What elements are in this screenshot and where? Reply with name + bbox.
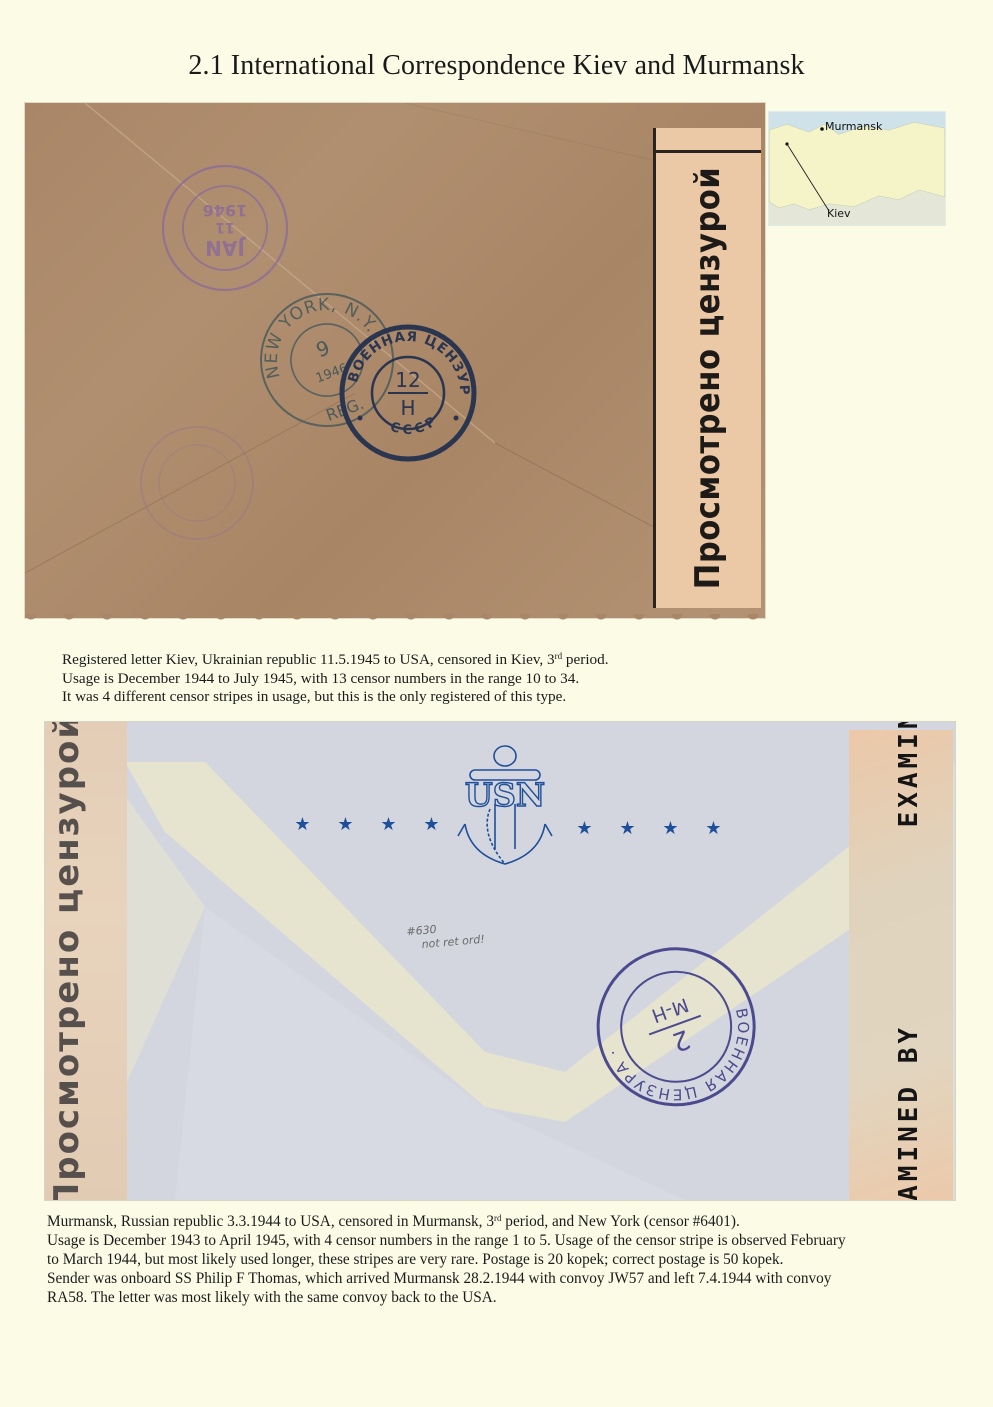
route-map: Murmansk Kiev [768,111,946,226]
map-label-kiev: Kiev [827,207,851,220]
caption-cover-kiev: Registered letter Kiev, Ukrainian republ… [62,651,702,707]
svg-text:USN: USN [465,776,545,814]
map-label-murmansk: Murmansk [825,120,882,133]
svg-text:12: 12 [395,368,420,392]
star-icon: ★ [324,814,367,835]
star-icon: ★ [281,814,324,835]
star-icon: ★ [649,818,692,839]
russian-censor-stripe: Просмотрено цензурой [653,128,761,608]
star-icon: ★ [692,818,735,839]
svg-text:11: 11 [215,219,234,235]
military-censor-stamp: ВОЕННАЯ ЦЕНЗУРА СССР 12 Н [338,323,478,463]
svg-text:2: 2 [668,1023,694,1057]
torn-edge [25,614,765,624]
left-stripe-text: Просмотрено цензурой [47,722,87,1200]
purple-receiving-postmark: JAN 11 1946 [160,163,290,293]
svg-text:1946: 1946 [203,201,248,220]
us-examined-by-stripe: EXAMINED BY EXAMINE [849,730,953,1200]
russian-censor-stripe-left: Просмотрено цензурой [45,722,127,1200]
star-icon: ★ [367,814,410,835]
svg-text:9: 9 [313,335,333,362]
faint-purple-postmark [137,423,257,543]
usn-anchor-logo-icon: USN [450,744,560,874]
postmark-month: JAN [205,236,247,260]
cover-kiev-envelope: JAN 11 1946 NEW YORK, N.Y. 9 1946 REG. [25,103,765,618]
stars-right: ★★★★ [563,818,735,839]
cover-murmansk-envelope: Просмотрено цензурой ★★★★ ★★★★ USN #630 … [45,722,955,1200]
page-title: 2.1 International Correspondence Kiev an… [0,50,993,82]
examined-by-text: EXAMINED BY EXAMINE [894,722,924,1200]
star-icon: ★ [606,818,649,839]
star-icon: ★ [563,818,606,839]
star-icon: ★ [410,814,453,835]
stars-left: ★★★★ [281,814,453,835]
censor-stripe-text: Просмотрено цензурой [688,167,728,589]
stripe-border-line [656,150,761,153]
caption-cover-murmansk: Murmansk, Russian republic 3.3.1944 to U… [47,1212,947,1307]
svg-text:Н: Н [400,396,415,420]
